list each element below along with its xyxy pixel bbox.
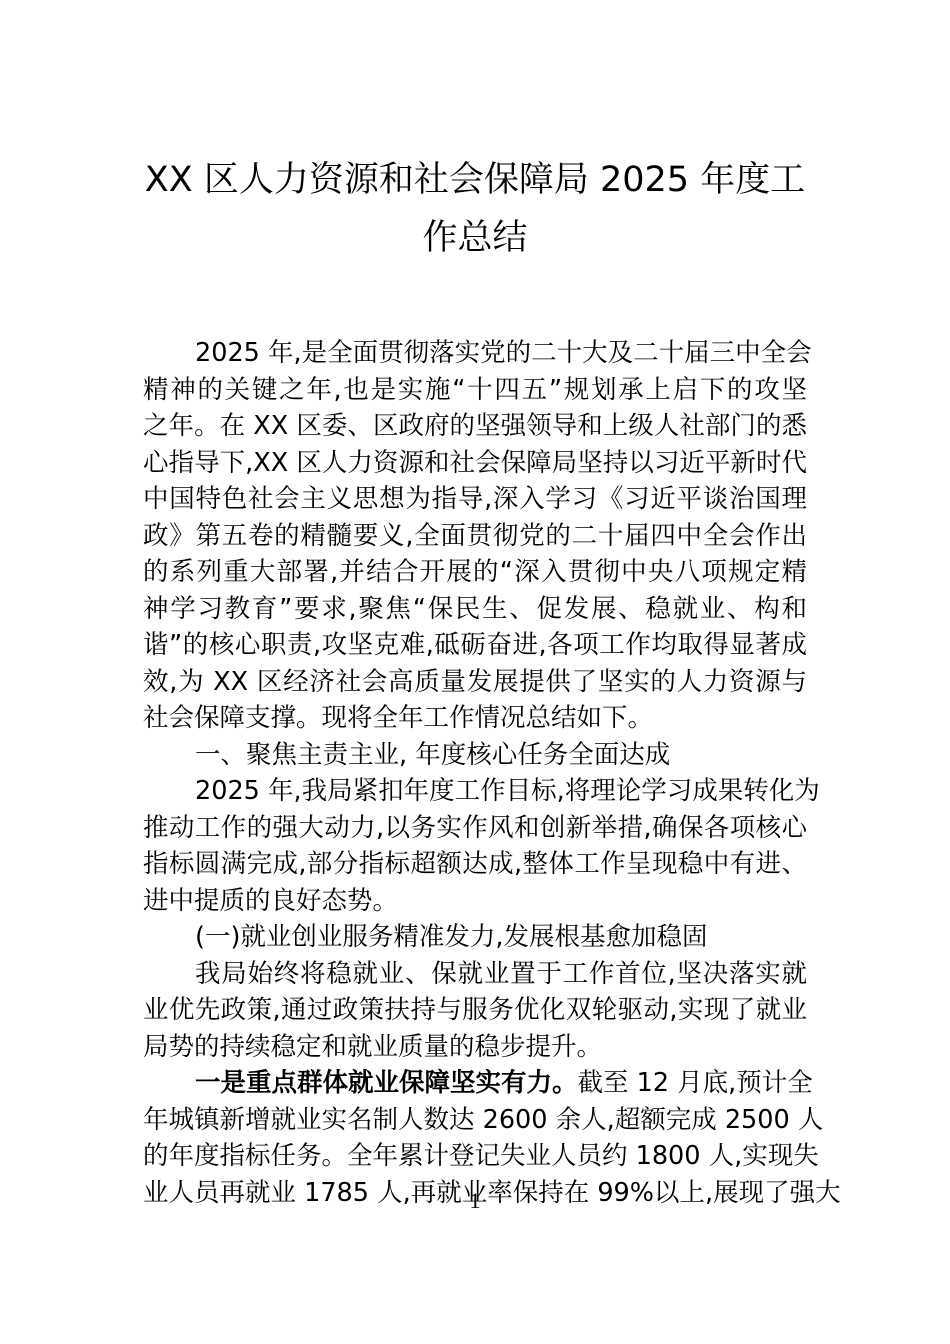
- text-line: 谐”的核心职责,攻坚克难,砥砺奋进,各项工作均取得显著成: [143, 627, 807, 664]
- text-line: 一是重点群体就业保障坚实有力。截至 12 月底,预计全: [143, 1065, 807, 1102]
- text-line: 效,为 XX 区经济社会高质量发展提供了坚实的人力资源与: [143, 664, 807, 701]
- text-line: 的系列重大部署,并结合开展的“深入贯彻中央八项规定精: [143, 554, 807, 591]
- page-number: 1: [0, 1186, 950, 1216]
- text-line: 之年。在 XX 区委、区政府的坚强领导和上级人社部门的悉: [143, 408, 807, 445]
- employment-intro-paragraph: 我局始终将稳就业、保就业置于工作首位,坚决落实就 业优先政策,通过政策扶持与服务…: [143, 956, 807, 1066]
- text-line: 指标圆满完成,部分指标超额达成,整体工作呈现稳中有进、: [143, 846, 807, 883]
- text-line: 2025 年,是全面贯彻落实党的二十大及二十届三中全会: [143, 335, 807, 372]
- section-heading-1: 一、聚焦主责主业, 年度核心任务全面达成: [143, 737, 807, 774]
- text-line: 局势的持续稳定和就业质量的稳步提升。: [143, 1029, 807, 1066]
- text-span: 截至 12 月底,预计全: [578, 1068, 813, 1098]
- text-line: 政》第五卷的精髓要义,全面贯彻党的二十届四中全会作出: [143, 518, 807, 555]
- bold-lead-text: 一是重点群体就业保障坚实有力。: [195, 1068, 578, 1098]
- text-line: 进中提质的良好态势。: [143, 883, 807, 920]
- subsection-heading-1: (一)就业创业服务精准发力,发展根基愈加稳固: [143, 919, 807, 956]
- text-line: 业优先政策,通过政策扶持与服务优化双轮驱动,实现了就业: [143, 992, 807, 1029]
- text-line: 年城镇新增就业实名制人数达 2600 余人,超额完成 2500 人: [143, 1102, 807, 1139]
- text-line: 社会保障支撑。现将全年工作情况总结如下。: [143, 700, 807, 737]
- section-1-intro-paragraph: 2025 年,我局紧扣年度工作目标,将理论学习成果转化为 推动工作的强大动力,以…: [143, 773, 807, 919]
- document-title-line-2: 作总结: [140, 218, 810, 258]
- text-line: 2025 年,我局紧扣年度工作目标,将理论学习成果转化为: [143, 773, 807, 810]
- document-page: XX 区人力资源和社会保障局 2025 年度工 作总结 2025 年,是全面贯彻…: [0, 0, 950, 1344]
- text-line: 我局始终将稳就业、保就业置于工作首位,坚决落实就: [143, 956, 807, 993]
- text-line: 神学习教育”要求,聚焦“保民生、促发展、稳就业、构和: [143, 591, 807, 628]
- text-line: 心指导下,XX 区人力资源和社会保障局坚持以习近平新时代: [143, 445, 807, 482]
- text-line: 精神的关键之年,也是实施“十四五”规划承上启下的攻坚: [143, 372, 807, 409]
- text-line: 的年度指标任务。全年累计登记失业人员约 1800 人,实现失: [143, 1138, 807, 1175]
- document-body: 2025 年,是全面贯彻落实党的二十大及二十届三中全会 精神的关键之年,也是实施…: [143, 335, 807, 1211]
- text-line: 推动工作的强大动力,以务实作风和创新举措,确保各项核心: [143, 810, 807, 847]
- text-line: 中国特色社会主义思想为指导,深入学习《习近平谈治国理: [143, 481, 807, 518]
- intro-paragraph: 2025 年,是全面贯彻落实党的二十大及二十届三中全会 精神的关键之年,也是实施…: [143, 335, 807, 737]
- document-title-line-1: XX 区人力资源和社会保障局 2025 年度工: [140, 160, 810, 200]
